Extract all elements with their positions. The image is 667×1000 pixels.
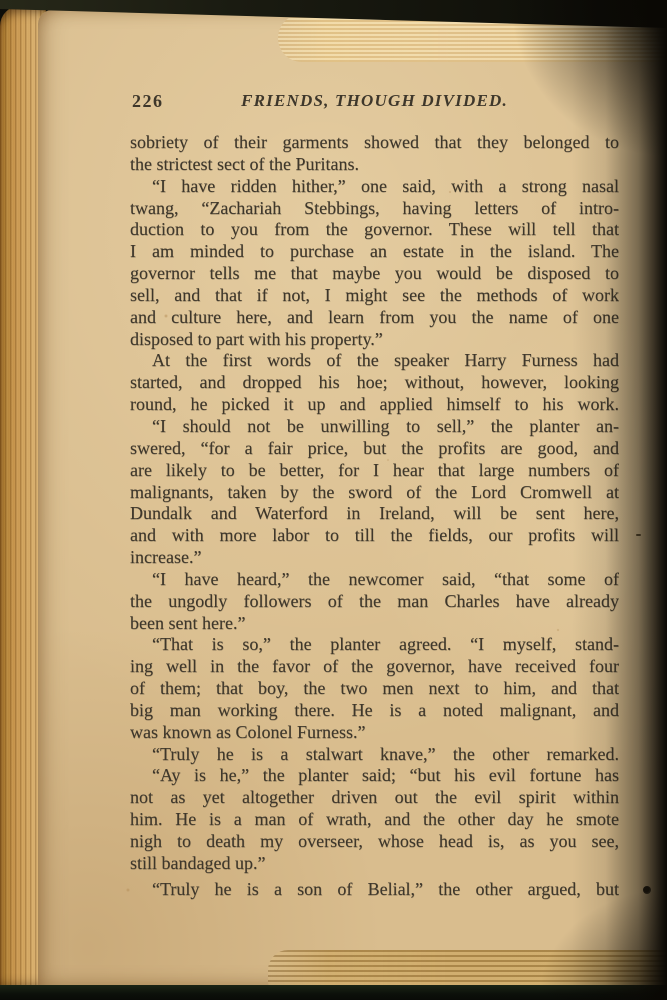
- text-line: been sent here.”: [130, 613, 619, 635]
- text-line: “I have ridden hither,” one said, with a…: [130, 176, 619, 198]
- text-line: started, and dropped his hoe; without, h…: [130, 372, 619, 394]
- running-title: FRIENDS, THOUGH DIVIDED.: [130, 89, 619, 113]
- text-line: nigh to death my overseer, whose head is…: [130, 831, 619, 853]
- page-edges-bottom: [268, 950, 667, 988]
- scanned-book-page-photo: 226 FRIENDS, THOUGH DIVIDED. sobriety of…: [0, 0, 667, 1000]
- page-blemish: [636, 534, 641, 536]
- text-line: Dundalk and Waterford in Ireland, will b…: [130, 503, 619, 525]
- text-line: sell, and that if not, I might see the m…: [130, 285, 619, 307]
- text-line: At the first words of the speaker Harry …: [130, 350, 619, 372]
- text-line: malignants, taken by the sword of the Lo…: [130, 482, 619, 504]
- text-line: round, he picked it up and applied himse…: [130, 394, 619, 416]
- text-line: the strictest sect of the Puritans.: [130, 154, 619, 176]
- page-speck: [643, 886, 651, 894]
- text-line: him. He is a man of wrath, and the other…: [130, 809, 619, 831]
- text-line: and with more labor to till the fields, …: [130, 525, 619, 547]
- text-line: and culture here, and learn from you the…: [130, 307, 619, 329]
- text-line: still bandaged up.”: [130, 853, 619, 875]
- body-text: sobriety of their garments showed that t…: [130, 132, 619, 901]
- text-line: disposed to part with his property.”: [130, 329, 619, 351]
- running-header-row: 226 FRIENDS, THOUGH DIVIDED.: [130, 89, 619, 113]
- text-line: “Truly he is a stalwart knave,” the othe…: [130, 744, 619, 766]
- text-line: of them; that boy, the two men next to h…: [130, 678, 619, 700]
- text-line: “I should not be unwilling to sell,” the…: [130, 416, 619, 438]
- text-line: duction to you from the governor. These …: [130, 219, 619, 241]
- text-line: “Truly he is a son of Belial,” the other…: [130, 879, 619, 901]
- text-line: governor tells me that maybe you would b…: [130, 263, 619, 285]
- text-line: “I have heard,” the newcomer said, “that…: [130, 569, 619, 591]
- page-number: 226: [132, 89, 164, 113]
- text-line: ing well in the favor of the governor, h…: [130, 656, 619, 678]
- text-line: sobriety of their garments showed that t…: [130, 132, 619, 154]
- text-line: are likely to be better, for I hear that…: [130, 460, 619, 482]
- text-line: big man working there. He is a noted mal…: [130, 700, 619, 722]
- text-line: increase.”: [130, 547, 619, 569]
- text-line: swered, “for a fair price, but the profi…: [130, 438, 619, 460]
- book-page: 226 FRIENDS, THOUGH DIVIDED. sobriety of…: [38, 10, 667, 988]
- text-line: the ungodly followers of the man Charles…: [130, 591, 619, 613]
- text-line: not as yet altogether driven out the evi…: [130, 787, 619, 809]
- text-line: I am minded to purchase an estate in the…: [130, 241, 619, 263]
- text-line: “That is so,” the planter agreed. “I mys…: [130, 634, 619, 656]
- book-cover-bottom: [0, 985, 667, 1000]
- text-line: was known as Colonel Furness.”: [130, 722, 619, 744]
- text-line: “Ay is he,” the planter said; “but his e…: [130, 765, 619, 787]
- text-line: twang, “Zachariah Stebbings, having lett…: [130, 198, 619, 220]
